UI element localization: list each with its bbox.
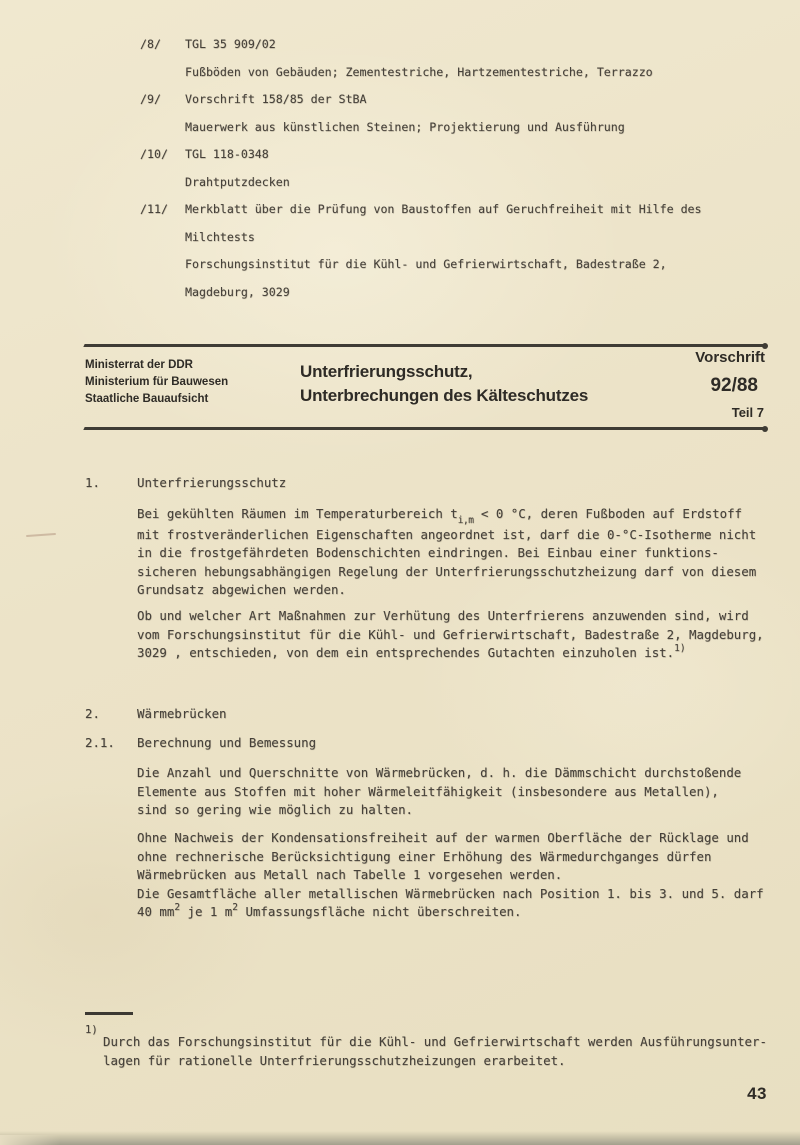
body-line: ohne rechnerische Berücksichtigung einer… — [137, 848, 764, 867]
footnote-separator — [85, 1012, 133, 1015]
body-line: sind so gering wie möglich zu halten. — [137, 801, 741, 820]
page-number: 43 — [747, 1084, 767, 1104]
section-heading: 2.1.Berechnung und Bemessung — [85, 734, 316, 753]
reference-line: Mauerwerk aus künstlichen Steinen; Proje… — [185, 114, 625, 142]
section-number: 1. — [85, 474, 137, 493]
header-rule-top — [85, 344, 766, 347]
footnote: Durch das Forschungsinstitut für die Küh… — [103, 1033, 767, 1070]
reference-line: Forschungsinstitut für die Kühl- und Gef… — [185, 251, 667, 279]
subscript: i,m — [458, 515, 474, 526]
issuer-line: Staatliche Bauaufsicht — [85, 391, 228, 408]
reference-item: /9/Vorschrift 158/85 der StBA Mauerwerk … — [140, 86, 702, 141]
body-line: Die Gesamtfläche aller metallischen Wärm… — [137, 885, 764, 904]
body-line: Wärmebrücken aus Metall nach Tabelle 1 v… — [137, 866, 764, 885]
body-line: Elemente aus Stoffen mit hoher Wärmeleit… — [137, 783, 741, 802]
reference-item: /11/Merkblatt über die Prüfung von Baust… — [140, 196, 702, 306]
doc-part-label: Teil 7 — [732, 405, 764, 420]
body-line: vom Forschungsinstitut für die Kühl- und… — [137, 626, 764, 645]
section-heading: 2.Wärmebrücken — [85, 705, 227, 724]
reference-id: /10/ — [140, 141, 185, 169]
paragraph: Ob und welcher Art Maßnahmen zur Verhütu… — [137, 607, 764, 665]
reference-line: Milchtests — [185, 224, 255, 252]
reference-id: /9/ — [140, 86, 185, 114]
paragraph: Die Anzahl und Querschnitte von Wärmebrü… — [137, 764, 741, 820]
reference-list: /8/TGL 35 909/02 Fußböden von Gebäuden; … — [140, 31, 702, 306]
doc-number: 92/88 — [710, 375, 758, 397]
pen-mark — [26, 533, 56, 537]
section-title: Wärmebrücken — [137, 706, 227, 721]
issuer-line: Ministerrat der DDR — [85, 357, 228, 374]
document-title: Unterfrierungsschutz, Unterbrechungen de… — [300, 360, 588, 408]
body-line: 3029 , entschieden, von dem ein entsprec… — [137, 644, 764, 665]
body-line: Die Anzahl und Querschnitte von Wärmebrü… — [137, 764, 741, 783]
paragraph: Bei gekühlten Räumen im Temperaturbereic… — [137, 505, 756, 600]
body-line: 40 mm2 je 1 m2 Umfassungsfläche nicht üb… — [137, 903, 764, 924]
body-line: Ohne Nachweis der Kondensationsfreiheit … — [137, 829, 764, 848]
reference-line: Merkblatt über die Prüfung von Baustoffe… — [185, 196, 702, 224]
issuer-block: Ministerrat der DDR Ministerium für Bauw… — [85, 357, 228, 408]
body-line: Grundsatz abgewichen werden. — [137, 581, 756, 600]
section-title: Unterfrierungsschutz — [137, 475, 286, 490]
body-line: Bei gekühlten Räumen im Temperaturbereic… — [137, 505, 756, 526]
reference-item: /8/TGL 35 909/02 Fußböden von Gebäuden; … — [140, 31, 702, 86]
body-line: Ob und welcher Art Maßnahmen zur Verhütu… — [137, 607, 764, 626]
document-title-line: Unterbrechungen des Kälteschutzes — [300, 384, 588, 408]
footnote-line: Durch das Forschungsinstitut für die Küh… — [103, 1033, 767, 1052]
squared-superscript: 2 — [232, 902, 238, 913]
reference-line: TGL 118-0348 — [185, 141, 269, 169]
section-title: Berechnung und Bemessung — [137, 735, 316, 750]
reference-item: /10/TGL 118-0348 Drahtputzdecken — [140, 141, 702, 196]
reference-id: /11/ — [140, 196, 185, 224]
section-heading: 1.Unterfrierungsschutz — [85, 474, 286, 493]
issuer-line: Ministerium für Bauwesen — [85, 374, 228, 391]
reference-line: Vorschrift 158/85 der StBA — [185, 86, 366, 114]
body-line: mit frostveränderlichen Eigenschaften an… — [137, 526, 756, 545]
body-line: sicheren hebungsabhängigen Regelung der … — [137, 563, 756, 582]
footnote-reference-superscript: 1) — [674, 643, 685, 654]
section-number: 2.1. — [85, 734, 137, 753]
reference-id: /8/ — [140, 31, 185, 59]
section-number: 2. — [85, 705, 137, 724]
header-rule-bottom — [85, 427, 766, 430]
squared-superscript: 2 — [174, 902, 180, 913]
reference-line: TGL 35 909/02 — [185, 31, 276, 59]
scan-edge-shadow — [0, 1131, 800, 1145]
footnote-line: lagen für rationelle Unterfrierungsschut… — [103, 1052, 767, 1071]
reference-line: Fußböden von Gebäuden; Zementestriche, H… — [185, 59, 653, 87]
reference-line: Drahtputzdecken — [185, 169, 290, 197]
doc-type-label: Vorschrift — [695, 349, 765, 366]
paragraph: Ohne Nachweis der Kondensationsfreiheit … — [137, 829, 764, 924]
footnote-marker: 1) — [85, 1024, 98, 1036]
body-line: in die frostgefährdeten Bodenschichten e… — [137, 544, 756, 563]
scanned-document-page: /8/TGL 35 909/02 Fußböden von Gebäuden; … — [0, 0, 800, 1145]
reference-line: Magdeburg, 3029 — [185, 279, 290, 307]
document-title-line: Unterfrierungsschutz, — [300, 360, 588, 384]
